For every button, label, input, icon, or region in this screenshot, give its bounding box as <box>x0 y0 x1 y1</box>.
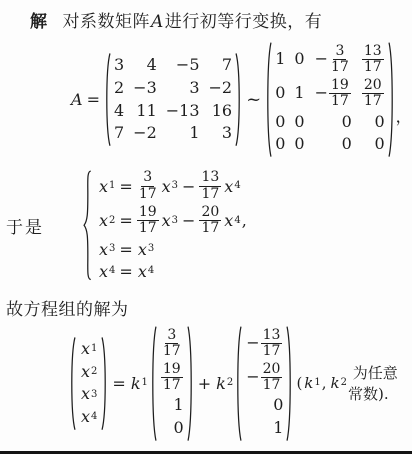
matrix-cell: 0 <box>342 112 352 133</box>
right-paren <box>101 337 108 430</box>
matrix-cell: 1317 <box>361 44 385 76</box>
left-paren <box>265 42 272 157</box>
intro-line: 解对系数矩阵A进行初等行变换，有 <box>0 0 412 32</box>
matrix-cell: 2017 <box>361 78 385 110</box>
matrix-cell: 0 <box>275 83 285 104</box>
matrix-cell: −2 <box>209 78 233 99</box>
left-brace <box>82 170 92 281</box>
row-equivalence-tilde: ~ <box>246 89 261 110</box>
matrix-cell: 7 <box>114 123 124 144</box>
matrix-cell: 0 <box>374 112 384 133</box>
matrix-cell: 3 <box>189 78 199 99</box>
arbitrary-constants-note: (k1, k2 为任意常数). <box>296 362 412 404</box>
textbook-solution-page: 解对系数矩阵A进行初等行变换，有 A= 34−572−33−2411−13167… <box>0 0 412 454</box>
matrix-cell: 0 <box>294 112 304 133</box>
matrix-cell: −2017 <box>245 362 283 394</box>
intro-text-post: 进行初等行变换，有 <box>165 12 323 32</box>
matrix-cell: 0 <box>374 134 384 155</box>
left-paren <box>69 337 76 430</box>
right-paren <box>235 53 242 146</box>
matrix-cell: 0 <box>275 112 285 133</box>
system-equation-line: x2=1917x3−2017x4, <box>97 205 247 237</box>
matrix-cell: −5 <box>176 55 200 76</box>
right-paren <box>286 326 293 441</box>
matrix-cell: x2 <box>79 362 98 383</box>
system-equation-line: x4=x4 <box>97 262 247 281</box>
matrix-cell: 1 <box>275 49 285 70</box>
matrix-cell: 4 <box>114 101 124 122</box>
right-paren <box>388 42 395 157</box>
system-equation-lines: x1=317x3−1317x4x2=1917x3−2017x4,x3=x3x4=… <box>92 170 247 281</box>
matrix-cell: −317 <box>314 44 352 76</box>
left-paren <box>235 326 242 441</box>
equation-system-block: 于是 x1=317x3−1317x4x2=1917x3−2017x4,x3=x3… <box>6 170 412 281</box>
matrix-cell: x1 <box>79 339 98 360</box>
plus-k2-coefficient: +k2 <box>195 374 234 393</box>
unknowns-vector: x1x2x3x4 <box>69 337 108 430</box>
matrix-cell: 0 <box>342 134 352 155</box>
coefficient-matrix: 34−572−33−2411−13167−213 <box>104 53 242 146</box>
matrix-cell: 3 <box>114 55 124 76</box>
matrix-cell: 1 <box>189 123 199 144</box>
matrix-cell: 1917 <box>160 362 184 394</box>
matrix-symbol-A: A <box>150 12 165 32</box>
system-equation-line: x3=x3 <box>97 240 247 259</box>
matrix-cell: 16 <box>212 101 232 122</box>
matrix-cell: −3 <box>133 78 157 99</box>
basis-vector-1: 317191710 <box>150 326 194 441</box>
matrix-cell: 0 <box>294 49 304 70</box>
matrix-cell: 0 <box>174 418 184 439</box>
equals-k1-coefficient: =k1 <box>109 374 148 393</box>
matrix-cell: 3 <box>222 123 232 144</box>
matrix-cell: 317 <box>160 328 184 360</box>
matrix-cell: 0 <box>273 395 283 416</box>
matrix-cell: 7 <box>222 55 232 76</box>
general-solution-equation: x1x2x3x4 =k1 317191710 +k2 −1317−201701 … <box>68 326 412 441</box>
matrix-cell: x4 <box>79 407 98 428</box>
basis-vector-2: −1317−201701 <box>235 326 293 441</box>
matrix-cell: 4 <box>147 55 157 76</box>
matrix-cell: −1917 <box>314 78 352 110</box>
right-paren <box>187 326 194 441</box>
reduced-row-echelon-matrix: 10−317131701−1917201700000000 <box>265 42 394 157</box>
solve-label: 解 <box>30 12 48 32</box>
left-paren <box>150 326 157 441</box>
system-equation-line: x1=317x3−1317x4 <box>97 170 247 202</box>
equation-lhs-A-equals: A= <box>70 90 103 109</box>
trailing-comma: ， <box>396 104 412 127</box>
matrix-cell: −2 <box>133 123 157 144</box>
thus-label: 于是 <box>6 213 82 238</box>
intro-text-pre: 对系数矩阵 <box>63 12 151 32</box>
matrix-cell: 0 <box>294 134 304 155</box>
matrix-row-reduction-equation: A= 34−572−33−2411−13167−213 ~ 10−3171317… <box>70 42 412 157</box>
matrix-cell: 11 <box>136 101 156 122</box>
matrix-cell: x3 <box>79 384 98 405</box>
matrix-cell: 0 <box>275 134 285 155</box>
matrix-cell: 1 <box>294 83 304 104</box>
left-paren <box>104 53 111 146</box>
matrix-cell: −1317 <box>245 328 283 360</box>
matrix-cell: −13 <box>166 101 200 122</box>
matrix-cell: 1 <box>273 418 283 439</box>
matrix-cell: 1 <box>174 395 184 416</box>
matrix-cell: 2 <box>114 78 124 99</box>
solution-intro-label: 故方程组的解为 <box>6 295 412 320</box>
